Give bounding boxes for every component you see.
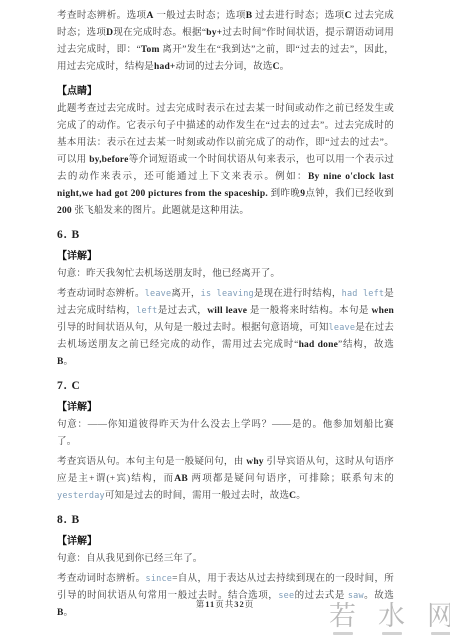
watermark-subtext: [333, 632, 353, 635]
watermark-column: 网: [427, 603, 450, 635]
section-label: 【详解】: [57, 247, 394, 262]
text-run: C: [273, 62, 280, 72]
text-run: A: [146, 11, 153, 21]
footer-total-pages: 32: [234, 599, 245, 609]
watermark-column: 水: [378, 603, 405, 635]
text-run: by,before: [89, 155, 128, 165]
text-run: 考查动词时态辨析。: [57, 289, 145, 299]
text-run: is leaving: [201, 289, 254, 299]
watermark-char: 网: [427, 603, 450, 630]
text-run: why: [246, 457, 264, 467]
text-run: 到昨晚: [268, 189, 300, 199]
text-run: will leave: [207, 306, 247, 316]
text-run: had left: [342, 289, 385, 299]
text-run: 。: [64, 357, 74, 367]
text-run: by+: [206, 28, 222, 38]
text-run: 句意：自从我见到你已经三年了。: [57, 554, 203, 564]
text-run: 。: [296, 491, 306, 501]
text-run: when: [372, 306, 394, 316]
text-run: 200: [57, 206, 72, 216]
text-run: 是过去式，: [158, 306, 208, 316]
text-run: 引导的时间状语从句，从句是一般过去时。根据句意语境，可知: [57, 323, 329, 333]
text-run: left: [136, 306, 157, 316]
text-run: 是一般将来时结构。本句是: [247, 306, 371, 316]
text-run: 一般过去时态；选项: [154, 11, 246, 21]
answer-heading: 6. B: [57, 229, 394, 241]
text-run: C: [345, 11, 352, 21]
text-run: since: [146, 574, 173, 584]
text-run: 点钟，我们已经收到: [305, 189, 394, 199]
document-body: 考查时态辨析。选项A 一般过去时态；选项B 过去进行时态；选项C 过去完成时态；…: [57, 8, 394, 625]
text-run: 考查宾语从句。本句主句是一般疑问句，由: [57, 457, 246, 467]
watermark-column: 若: [329, 603, 356, 635]
paragraph: 考查时态辨析。选项A 一般过去时态；选项B 过去进行时态；选项C 过去完成时态；…: [57, 8, 394, 76]
text-run: 离开，: [171, 289, 200, 299]
text-run: 句意：——你知道彼得昨天为什么没去上学吗？——是的。他参加划船比赛了。: [57, 420, 394, 447]
footer-page-number: 11: [205, 599, 215, 609]
text-run: 过去进行时态；选项: [252, 11, 344, 21]
footer-prefix: 第: [196, 599, 206, 609]
watermark-char: 水: [378, 603, 405, 630]
text-run: 考查时态辨析。选项: [57, 11, 146, 21]
text-run: leave: [329, 323, 356, 333]
paragraph: 句意：昨天我匆忙去机场送朋友时，他已经离开了。: [57, 266, 394, 283]
paragraph: 考查宾语从句。本句主句是一般疑问句，由 why 引导宾语从句，这时从句语序应是主…: [57, 454, 394, 505]
paragraph: 句意：自从我见到你已经三年了。: [57, 551, 394, 568]
text-run: 是现在进行时结构，: [254, 289, 342, 299]
text-run: 。: [280, 62, 290, 72]
watermark-subtext: [431, 632, 450, 635]
text-run: 句意：昨天我匆忙去机场送朋友时，他已经离开了。: [57, 269, 280, 279]
watermark: 若 水 网: [329, 603, 450, 635]
text-run: 考查动词时态辨析。: [57, 574, 146, 584]
answer-heading: 8. B: [57, 514, 394, 526]
text-run: yesterday: [57, 491, 105, 501]
text-run: leave: [145, 289, 172, 299]
text-run: AB: [174, 474, 188, 484]
paragraph: 句意：——你知道彼得昨天为什么没去上学吗？——是的。他参加划船比赛了。: [57, 417, 394, 451]
text-run: 动词的过去分词，故选: [176, 62, 273, 72]
watermark-char: 若: [329, 603, 356, 630]
paragraph: 此题考查过去完成时。过去完成时表示在过去某一时间或动作之前已经发生或完成了的动作…: [57, 101, 394, 220]
text-run: 两项都是疑问句语序，可排除；联系句末的: [188, 474, 394, 484]
text-run: Tom: [141, 45, 160, 55]
answer-heading: 7. C: [57, 380, 394, 392]
text-run: ”结构，故选: [338, 340, 394, 350]
text-run: 可知是过去的时间，需用一般过去时，故选: [105, 491, 289, 501]
document-page: { "document": { "blocks": [ { "type": "p…: [0, 0, 450, 637]
section-label: 【详解】: [57, 532, 394, 547]
text-run: had+: [154, 62, 176, 72]
section-label: 【点睛】: [57, 82, 394, 97]
text-run: 张飞船发来的图片。此题就是这种用法。: [72, 206, 249, 216]
footer-suffix: 页: [245, 599, 255, 609]
text-run: had done: [299, 340, 338, 350]
text-run: 现在完成时态。根据“: [113, 28, 206, 38]
paragraph: 考查动词时态辨析。leave离开，is leaving是现在进行时结构，had …: [57, 286, 394, 371]
footer-middle: 页共: [215, 599, 234, 609]
section-label: 【详解】: [57, 398, 394, 413]
watermark-subtext: [382, 632, 402, 635]
